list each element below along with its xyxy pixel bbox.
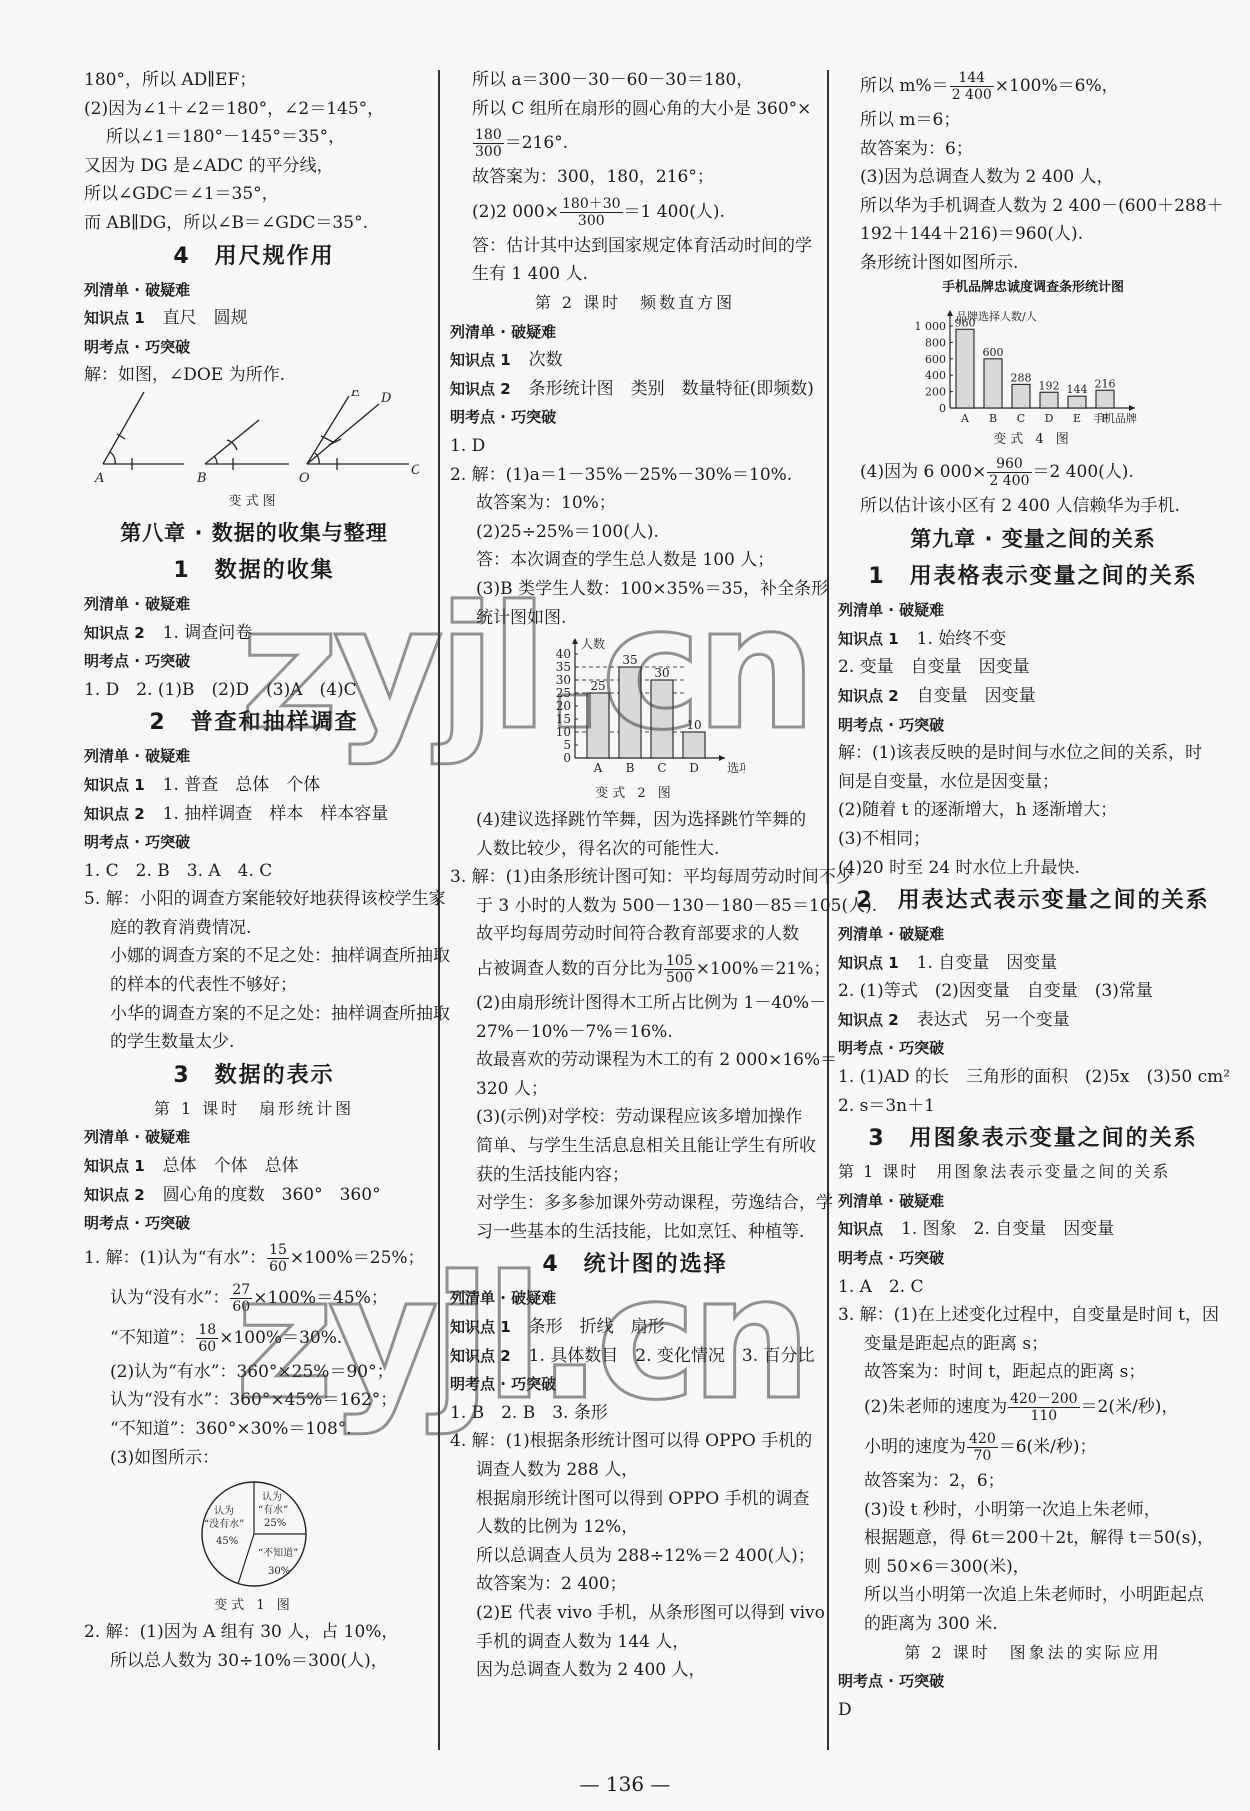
knowledge-point-answer: 条形 折线 扇形 [529,1317,665,1337]
svg-text:200: 200 [925,385,946,398]
fraction: 1442 400 [950,70,994,103]
knowledge-point-label: 知识点 1 [838,630,899,648]
section-title: 1 数据的收集 [84,552,424,590]
knowledge-point-answer: 直尺 圆规 [163,308,248,328]
fraction: 180300 [473,127,504,160]
point-label-e: E [350,390,361,400]
text-line: 认为“没有水”：360°×45%＝162°； [84,1386,424,1415]
knowledge-point-label: 知识点 2 [838,687,899,705]
lesson-title: 第 1 课时 扇形统计图 [84,1095,424,1124]
svg-text:30%: 30% [268,1566,290,1577]
svg-text:800: 800 [925,336,946,349]
text-line: (3)设 t 秒时，小明第一次追上朱老师， [838,1496,1228,1525]
section-title: 3 数据的表示 [84,1057,424,1095]
text-line: 答：本次调查的学生总人数是 100 人； [450,546,820,575]
text-line: 因为总调查人数为 2 400 人， [450,1656,820,1685]
knowledge-point-answer: 表达式 另一个变量 [917,1010,1070,1030]
column-divider-1 [438,70,440,1750]
text-line: “不知道”：360°×30%＝108°. [84,1415,424,1444]
text-line: 3. 解：(1)由条形统计图可知：平均每周劳动时间不少 [450,863,820,892]
section-label: 明考点 · 巧突破 [450,1370,820,1399]
knowledge-point-answer: 次数 [529,350,563,370]
text-line: (2)因为∠1＋∠2＝180°，∠2＝145°， [84,95,424,124]
text-line: (3)因为总调查人数为 2 400 人， [838,163,1228,192]
answer-line: 1. D 2. (1)B (2)D (3)A (4)C [84,676,424,705]
section-label: 列清单 · 破疑难 [84,742,424,771]
text-line: 故最喜欢的劳动课程为木工的有 2 000×16%＝ [450,1046,820,1075]
svg-text:0: 0 [563,751,571,765]
chapter-title: 第八章 · 数据的收集与整理 [84,514,424,552]
text-line: 320 人； [450,1075,820,1104]
text-line: (2)认为“有水”：360°×25%＝90°； [84,1358,424,1387]
fraction: 1860 [196,1322,218,1355]
section-title: 4 用尺规作用 [84,238,424,276]
fraction: 180＋30300 [560,196,623,229]
column-3: 所以 m%＝1442 400×100%＝6%， 所以 m＝6； 故答案为：6； … [838,66,1228,1724]
text-line: 的学生数量太少. [84,1028,424,1057]
svg-text:30: 30 [654,666,669,680]
text-line: 所以 m＝6； [838,106,1228,135]
section-label: 列清单 · 破疑难 [84,1123,424,1152]
svg-text:D: D [689,761,699,775]
text-line: 小华的调查方案的不足之处：抽样调查所抽取 [84,1000,424,1029]
knowledge-point-answer: 条形统计图 类别 数量特征(即频数) [529,379,814,399]
text-line: 则 50×6＝300(米)， [838,1553,1228,1582]
formula-line: (4)因为 6 000×9602 400＝2 400(人). [838,452,1228,492]
point-label-c: C [411,463,419,478]
text-line: 4. 解：(1)根据条形统计图可以得 OPPO 手机的 [450,1427,820,1456]
section-label: 列清单 · 破疑难 [450,1284,820,1313]
text-line: (2)由扇形统计图得木工所占比例为 1－40%－ [450,989,820,1018]
svg-text:品牌选择人数/人: 品牌选择人数/人 [956,309,1037,323]
answer-line: 2. s＝3n＋1 [838,1092,1228,1121]
text-line: 获的生活技能内容； [450,1161,820,1190]
pie-label-yes: 认为 [262,1490,282,1503]
text-line: 故答案为：300，180，216°； [450,163,820,192]
text-line: 的距离为 300 米. [838,1610,1228,1639]
formula-line: 小明的速度为42070＝6(米/秒)； [838,1427,1228,1467]
point-label-a: A [94,471,104,486]
knowledge-point-label: 知识点 1 [838,954,899,972]
svg-text:600: 600 [925,352,946,365]
svg-text:25%: 25% [264,1518,286,1529]
svg-text:A: A [593,761,603,775]
text-line: 所以∠1＝180°－145°＝35°， [84,123,424,152]
svg-text:25: 25 [556,686,571,700]
text-line: 27%－10%－7%＝16%. [450,1018,820,1047]
text-line: 所以当小明第一次追上朱老师时，小明距起点 [838,1581,1228,1610]
text-line: 的样本的代表性不够好； [84,971,424,1000]
svg-text:0: 0 [939,402,946,415]
svg-text:E: E [1073,412,1081,425]
svg-text:600: 600 [983,345,1004,358]
point-label-d: D [380,391,392,406]
fraction: 420－200110 [1008,1391,1079,1424]
text-line: 对学生：多多参加课外劳动课程，劳逸结合，学 [450,1189,820,1218]
text-line: 2. (1)等式 (2)因变量 自变量 (3)常量 [838,977,1228,1006]
knowledge-point-label: 知识点 2 [84,1186,145,1204]
section-label: 明考点 · 巧突破 [84,1209,424,1238]
knowledge-point-answer: 1. 普查 总体 个体 [163,775,321,795]
text-line: 简单、与学生生活息息相关且能让学生有所收 [450,1132,820,1161]
knowledge-point-answer: 自变量 因变量 [917,686,1036,706]
text-line: (4)建议选择跳竹竿舞，因为选择跳竹竿舞的 [450,806,820,835]
text-line: (3)如图所示： [84,1444,424,1473]
knowledge-point-answer: 1. 抽样调查 样本 样本容量 [163,804,389,824]
chart-title: 手机品牌忠诚度调查条形统计图 [838,278,1228,298]
text-line: (3)不相同； [838,825,1228,854]
text-line: 2. 变量 自变量 因变量 [838,653,1228,682]
section-label: 列清单 · 破疑难 [838,1187,1228,1216]
answer-line: D [838,1696,1228,1725]
bar-chart-variant-2: 051015202530354025A35B30C10D人数选项 [525,632,745,782]
answer-line: 1. B 2. B 3. 条形 [450,1399,820,1428]
text-line: (2)随着 t 的逐渐增大，h 逐渐增大； [838,796,1228,825]
svg-text:35: 35 [556,660,571,674]
svg-text:“没有水”: “没有水” [204,1517,244,1530]
text-line: 180°，所以 AD∥EF； [84,66,424,95]
svg-text:216: 216 [1095,377,1116,390]
text-line: 小娜的调查方案的不足之处：抽样调查所抽取 [84,942,424,971]
lesson-title: 第 2 课时 图象法的实际应用 [838,1639,1228,1668]
chapter-title: 第九章 · 变量之间的关系 [838,520,1228,558]
section-title: 3 用图象表示变量之间的关系 [838,1120,1228,1158]
section-label: 列清单 · 破疑难 [84,590,424,619]
knowledge-point-answer: 1. 调查问卷 [163,623,253,643]
figure-caption: 变式 1 图 [84,1594,424,1618]
answer-line: 1. (1)AD 的长 三角形的面积 (2)5x (3)50 cm² [838,1063,1228,1092]
knowledge-point-answer: 圆心角的度数 360° 360° [163,1185,381,1205]
formula-line: 占被调查人数的百分比为105500×100%＝21%； [450,949,820,989]
fraction: 42070 [967,1431,998,1464]
figure-caption: 变式 4 图 [838,428,1228,452]
text-line: 故答案为：时间 t，距起点的距离 s； [838,1358,1228,1387]
formula-line: 认为“没有水”：2760×100%＝45%； [84,1278,424,1318]
knowledge-point-label: 知识点 [838,1220,883,1238]
text-line: 故答案为：2 400； [450,1570,820,1599]
fraction: 1560 [267,1242,289,1275]
angle-construction-figure: A B O C D E [89,390,419,490]
knowledge-point-label: 知识点 1 [84,309,145,327]
lesson-title: 第 1 课时 用图象法表示变量之间的关系 [838,1158,1228,1187]
column-1: 180°，所以 AD∥EF； (2)因为∠1＋∠2＝180°，∠2＝145°， … [84,66,424,1675]
text-line: 所以 C 组所在扇形的圆心角的大小是 360°× [450,95,820,124]
svg-text:288: 288 [1011,371,1032,384]
text-line: 3. 解：(1)在上述变化过程中，自变量是时间 t，因 [838,1301,1228,1330]
fraction: 2760 [230,1282,252,1315]
section-label: 明考点 · 巧突破 [84,828,424,857]
section-label: 明考点 · 巧突破 [838,711,1228,740]
text-line: 而 AB∥DG，所以∠B＝∠GDC＝35°. [84,209,424,238]
knowledge-point-label: 知识点 1 [450,351,511,369]
knowledge-point-answer: 1. 始终不变 [917,629,1007,649]
section-label: 列清单 · 破疑难 [838,920,1228,949]
point-label-b: B [196,471,207,486]
text-line: 答：估计其中达到国家规定体育活动时间的学 [450,232,820,261]
lesson-title: 第 2 课时 频数直方图 [450,289,820,318]
text-line: 人数比较少，得名次的可能性大. [450,835,820,864]
point-label-o: O [299,471,310,486]
text-line: 人数的比例为 12%， [450,1513,820,1542]
figure-caption: 变式图 [84,490,424,514]
text-line: 习一些基本的生活技能，比如烹饪、种植等. [450,1218,820,1247]
svg-text:10: 10 [556,725,571,739]
svg-text:20: 20 [556,699,571,713]
text-line: 故答案为：2，6； [838,1467,1228,1496]
formula-line: “不知道”：1860×100%＝30%. [84,1318,424,1358]
knowledge-point-label: 知识点 1 [450,1318,511,1336]
text-line: 根据扇形统计图可以得到 OPPO 手机的调查 [450,1485,820,1514]
pie-chart: 认为 “有水” 25% 认为 “没有水” 45% “不知道” 30% [154,1472,354,1594]
text-line: 解：(1)该表反映的是时间与水位之间的关系，时 [838,739,1228,768]
svg-text:C: C [1017,412,1025,425]
text-line: 5. 解：小阳的调查方案能较好地获得该校学生家 [84,885,424,914]
svg-text:25: 25 [590,679,605,693]
fraction: 105500 [664,953,695,986]
knowledge-point-label: 知识点 2 [450,1347,511,1365]
svg-text:30: 30 [556,673,571,687]
svg-text:A: A [960,412,970,425]
formula-line: (2)朱老师的速度为420－200110＝2(米/秒)， [838,1387,1228,1427]
text-line: (2)E 代表 vivo 手机，从条形图可以得到 vivo [450,1599,820,1628]
text-line: 故平均每周劳动时间符合教育部要求的人数 [450,920,820,949]
knowledge-point-answer: 1. 图象 2. 自变量 因变量 [901,1219,1114,1239]
svg-text:144: 144 [1067,383,1088,396]
section-title: 1 用表格表示变量之间的关系 [838,558,1228,596]
text-line: 192＋144＋216)＝960(人). [838,220,1228,249]
svg-text:手机品牌: 手机品牌 [1093,411,1137,425]
column-2: 所以 a＝300－30－60－30＝180， 所以 C 组所在扇形的圆心角的大小… [450,66,820,1685]
answer-line: 1. A 2. C [838,1273,1228,1302]
section-label: 明考点 · 巧突破 [838,1034,1228,1063]
text-line: 间是自变量，水位是因变量； [838,768,1228,797]
text-line: (4)20 时至 24 时水位上升最快. [838,854,1228,883]
text-line: 庭的教育消费情况. [84,914,424,943]
fraction: 9602 400 [987,456,1031,489]
section-label: 明考点 · 巧突破 [450,403,820,432]
text-line: 所以总人数为 30÷10%＝300(人)， [84,1647,424,1676]
bar-chart-variant-4: 02004006008001 000960A600B288C192D144E21… [898,298,1168,428]
answer-line: 1. C 2. B 3. A 4. C [84,857,424,886]
text-line: 根据题意，得 6t＝200＋2t，解得 t＝50(s)， [838,1524,1228,1553]
text-line: 统计图如图. [450,604,820,633]
svg-text:40: 40 [556,647,571,661]
text-line: 所以 a＝300－30－60－30＝180， [450,66,820,95]
text-line: (3)B 类学生人数：100×35%＝35，补全条形 [450,575,820,604]
section-title: 2 用表达式表示变量之间的关系 [838,882,1228,920]
text-line: 所以华为手机调查人数为 2 400－(600＋288＋ [838,192,1228,221]
knowledge-point-label: 知识点 1 [84,776,145,794]
svg-text:人数: 人数 [581,636,605,651]
svg-text:5: 5 [563,738,571,752]
text-line: 2. 解：(1)a＝1－35%－25%－30%＝10%. [450,461,820,490]
svg-text:“有水”: “有水” [258,1503,288,1516]
knowledge-point-answer: 总体 个体 总体 [163,1156,299,1176]
knowledge-point-label: 知识点 1 [84,1157,145,1175]
svg-text:选项: 选项 [727,760,745,775]
svg-text:15: 15 [556,712,571,726]
formula-line: 1. 解：(1)认为“有水”：1560×100%＝25%； [84,1238,424,1278]
text-line: 所以估计该小区有 2 400 人信赖华为手机. [838,492,1228,521]
formula-line: 180300＝216°. [450,123,820,163]
text-line: 条形统计图如图所示. [838,249,1228,278]
svg-text:400: 400 [925,369,946,382]
section-label: 明考点 · 巧突破 [838,1244,1228,1273]
answer-line: 1. D [450,432,820,461]
svg-text:35: 35 [622,653,637,667]
svg-text:1 000: 1 000 [915,320,947,333]
knowledge-point-label: 知识点 2 [838,1011,899,1029]
text-line: (2)25÷25%＝100(人). [450,518,820,547]
text-line: 故答案为：10%； [450,489,820,518]
section-label: 列清单 · 破疑难 [838,596,1228,625]
knowledge-point-label: 知识点 2 [84,805,145,823]
text-line: 所以总调查人员为 288÷12%＝2 400(人)； [450,1542,820,1571]
figure-caption: 变式 2 图 [450,782,820,806]
knowledge-point-label: 知识点 2 [450,380,511,398]
svg-text:B: B [626,761,635,775]
svg-text:C: C [657,761,666,775]
formula-line: (2)2 000×180＋30300＝1 400(人). [450,192,820,232]
section-label: 明考点 · 巧突破 [84,647,424,676]
text-line: 生有 1 400 人. [450,260,820,289]
svg-text:192: 192 [1039,379,1060,392]
text-line: (3)(示例)对学校：劳动课程应该多增加操作 [450,1103,820,1132]
section-label: 明考点 · 巧突破 [838,1667,1228,1696]
text-line: 解：如图，∠DOE 为所作. [84,361,424,390]
text-line: 手机的调查人数为 144 人， [450,1628,820,1657]
text-line: 故答案为：6； [838,135,1228,164]
section-title: 4 统计图的选择 [450,1246,820,1284]
knowledge-point-label: 知识点 2 [84,624,145,642]
section-label: 明考点 · 巧突破 [84,333,424,362]
text-line: 2. 解：(1)因为 A 组有 30 人，占 10%， [84,1618,424,1647]
section-label: 列清单 · 破疑难 [84,276,424,305]
pie-label-no: 认为 [214,1504,234,1517]
pie-label-unknown: “不知道” [258,1546,298,1559]
svg-text:45%: 45% [216,1536,238,1547]
page-number: — 136 — [0,1772,1250,1796]
text-line: 又因为 DG 是∠ADC 的平分线， [84,152,424,181]
text-line: 变量是距起点的距离 s； [838,1330,1228,1359]
text-line: 所以∠GDC＝∠1＝35°， [84,180,424,209]
svg-text:10: 10 [686,718,701,732]
text-line: 于 3 小时的人数为 500－130－180－85＝105(人). [450,892,820,921]
section-label: 列清单 · 破疑难 [450,318,820,347]
knowledge-point-answer: 1. 具体数目 2. 变化情况 3. 百分比 [529,1346,815,1366]
formula-line: 所以 m%＝1442 400×100%＝6%， [838,66,1228,106]
knowledge-point-answer: 1. 自变量 因变量 [917,953,1058,973]
svg-text:D: D [1045,412,1054,425]
svg-text:B: B [989,412,997,425]
section-title: 2 普查和抽样调查 [84,704,424,742]
text-line: 调查人数为 288 人， [450,1456,820,1485]
